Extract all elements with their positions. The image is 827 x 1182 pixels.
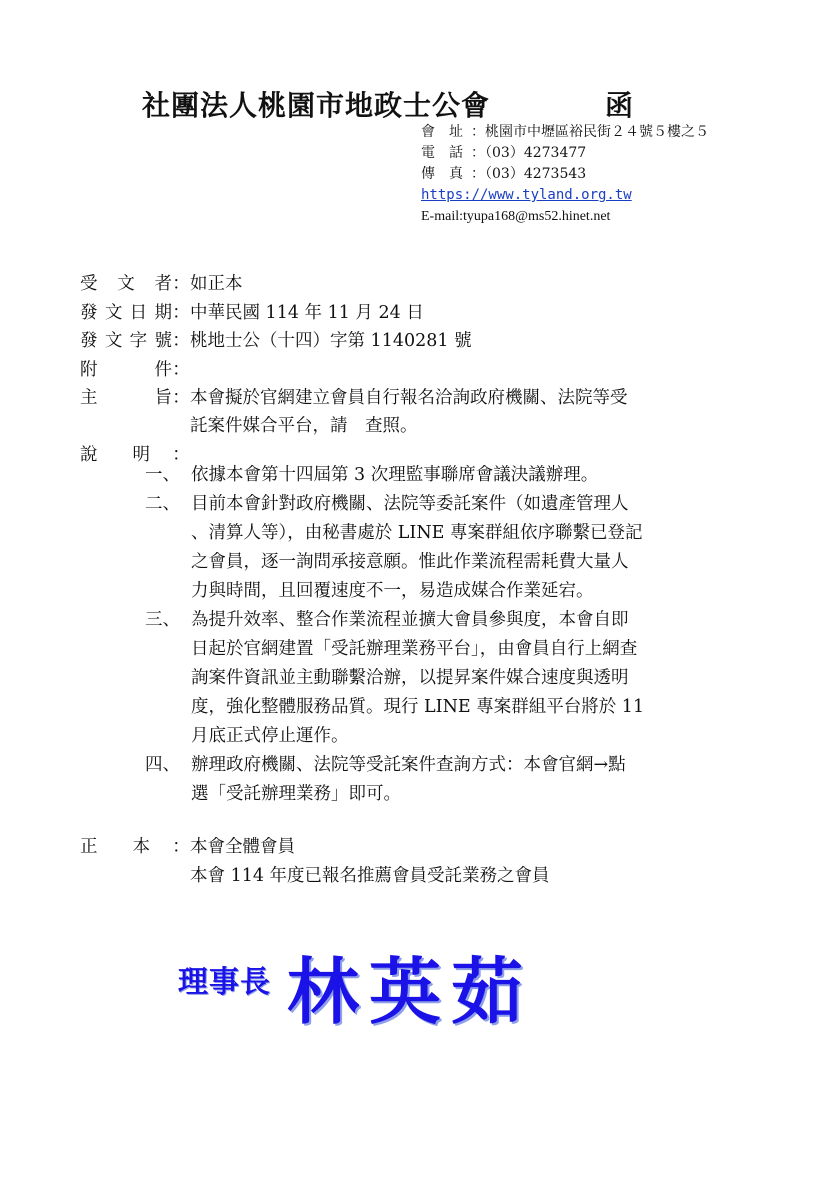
doc-number-label: 發文字號 bbox=[80, 327, 172, 356]
item-line: 之會員，逐一詢問承接意願。惟此作業流程需耗費大量人 bbox=[191, 548, 644, 577]
fax-value: （03）4273543 bbox=[485, 166, 586, 182]
subject-body: 本會擬於官網建立會員自行報名洽詢政府機關、法院等受 託案件媒合平台，請 查照。 bbox=[190, 384, 752, 440]
address-row: 會址：桃園市中壢區裕民街２４號５樓之５ bbox=[421, 122, 709, 143]
item-line: 辦理政府機關、法院等受託案件查詢方式：本會官網→點 bbox=[191, 751, 644, 780]
colon: ： bbox=[172, 384, 190, 412]
address-value: 桃園市中壢區裕民街２４號５樓之５ bbox=[485, 124, 709, 140]
item-line: 依據本會第十四屆第 3 次理監事聯席會議決議辦理。 bbox=[191, 461, 644, 490]
website-row: https://www.tyland.org.tw bbox=[421, 185, 709, 206]
explanation-item: 一、 依據本會第十四屆第 3 次理監事聯席會議決議辦理。 bbox=[145, 461, 644, 490]
item-line: 力與時間，且回覆速度不一，易造成媒合作業延宕。 bbox=[191, 577, 644, 606]
date-label: 發文日期 bbox=[80, 299, 172, 328]
email-row: E-mail:tyupa168@ms52.hinet.net bbox=[421, 206, 709, 227]
phone-label: 電話 bbox=[421, 143, 471, 164]
item-line: 目前本會針對政府機關、法院等委託案件（如遺產管理人 bbox=[191, 490, 644, 519]
attachment-label: 附件 bbox=[80, 356, 172, 385]
item-number: 四、 bbox=[145, 751, 191, 780]
recipients-body: 本會全體會員 本會 114 年度已報名推薦會員受託業務之會員 bbox=[190, 833, 550, 891]
official-letter-page: 社團法人桃園市地政士公會 函 會址：桃園市中壢區裕民街２４號５樓之５ 電話：（0… bbox=[0, 0, 827, 1182]
item-number: 三、 bbox=[145, 606, 191, 635]
phone-row: 電話：（03）4273477 bbox=[421, 143, 709, 164]
explanation-item: 三、 為提升效率、整合作業流程並擴大會員參與度，本會自即 日起於官網建置「受託辦… bbox=[145, 606, 644, 751]
attachment-row: 附件： bbox=[80, 356, 472, 385]
item-number: 一、 bbox=[145, 461, 191, 490]
organization-title: 社團法人桃園市地政士公會 bbox=[142, 84, 490, 124]
item-line: 日起於官網建置「受託辦理業務平台」，由會員自行上網查 bbox=[191, 635, 644, 664]
colon: ： bbox=[172, 299, 190, 328]
doc-number-value: 桃地士公（十四）字第 1140281 號 bbox=[190, 327, 472, 356]
fax-row: 傳真：（03）4273543 bbox=[421, 164, 709, 185]
phone-value: （03）4273477 bbox=[485, 145, 586, 161]
date-row: 發文日期：中華民國 114 年 11 月 24 日 bbox=[80, 299, 472, 328]
date-value: 中華民國 114 年 11 月 24 日 bbox=[190, 299, 424, 328]
recipient-label: 受文者 bbox=[80, 270, 172, 299]
signature-title: 理事長 bbox=[178, 957, 271, 1001]
subject-section: 主 旨： 本會擬於官網建立會員自行報名洽詢政府機關、法院等受 託案件媒合平台，請… bbox=[80, 384, 190, 412]
item-line: 詢案件資訊並主動聯繫洽辦，以提昇案件媒合速度與透明 bbox=[191, 664, 644, 693]
colon: ： bbox=[172, 327, 190, 356]
recipient-line: 本會 114 年度已報名推薦會員受託業務之會員 bbox=[190, 862, 550, 891]
colon: ： bbox=[172, 270, 190, 299]
item-line: 為提升效率、整合作業流程並擴大會員參與度，本會自即 bbox=[191, 606, 644, 635]
document-type: 函 bbox=[605, 84, 633, 124]
subject-label: 主 旨 bbox=[80, 384, 172, 412]
colon: ： bbox=[172, 833, 190, 862]
address-label: 會址 bbox=[421, 122, 471, 143]
recipients-section: 正 本： 本會全體會員 本會 114 年度已報名推薦會員受託業務之會員 bbox=[80, 833, 190, 862]
recipients-label: 正 本 bbox=[80, 833, 172, 862]
signature-name: 林英茹 bbox=[287, 934, 533, 1038]
subject-line: 託案件媒合平台，請 查照。 bbox=[190, 412, 752, 440]
explanation-items: 一、 依據本會第十四屆第 3 次理監事聯席會議決議辦理。 二、 目前本會針對政府… bbox=[145, 461, 644, 809]
subject-line: 本會擬於官網建立會員自行報名洽詢政府機關、法院等受 bbox=[190, 384, 752, 412]
recipient-line: 本會全體會員 bbox=[190, 833, 550, 862]
website-link[interactable]: https://www.tyland.org.tw bbox=[421, 187, 632, 203]
colon: ： bbox=[471, 145, 485, 161]
contact-block: 會址：桃園市中壢區裕民街２４號５樓之５ 電話：（03）4273477 傳真：（0… bbox=[421, 122, 709, 227]
explanation-item: 四、 辦理政府機關、法院等受託案件查詢方式：本會官網→點 選「受託辦理業務」即可… bbox=[145, 751, 644, 809]
email-value: E-mail:tyupa168@ms52.hinet.net bbox=[421, 209, 610, 224]
colon: ： bbox=[471, 166, 485, 182]
doc-number-row: 發文字號：桃地士公（十四）字第 1140281 號 bbox=[80, 327, 472, 356]
colon: ： bbox=[471, 124, 485, 140]
item-line: 選「受託辦理業務」即可。 bbox=[191, 780, 644, 809]
signature-stamp: 理事長 林英茹 bbox=[172, 930, 572, 1025]
fax-label: 傳真 bbox=[421, 164, 471, 185]
explanation-item: 二、 目前本會針對政府機關、法院等委託案件（如遺產管理人 、清算人等），由秘書處… bbox=[145, 490, 644, 606]
item-number: 二、 bbox=[145, 490, 191, 519]
item-line: 度，強化整體服務品質。現行 LINE 專案群組平台將於 11 bbox=[191, 693, 644, 722]
header-fields: 受文者：如正本 發文日期：中華民國 114 年 11 月 24 日 發文字號：桃… bbox=[80, 270, 472, 384]
recipient-value: 如正本 bbox=[190, 270, 243, 299]
item-line: 、清算人等），由秘書處於 LINE 專案群組依序聯繫已登記 bbox=[191, 519, 644, 548]
colon: ： bbox=[172, 356, 190, 385]
item-line: 月底正式停止運作。 bbox=[191, 722, 644, 751]
recipient-row: 受文者：如正本 bbox=[80, 270, 472, 299]
